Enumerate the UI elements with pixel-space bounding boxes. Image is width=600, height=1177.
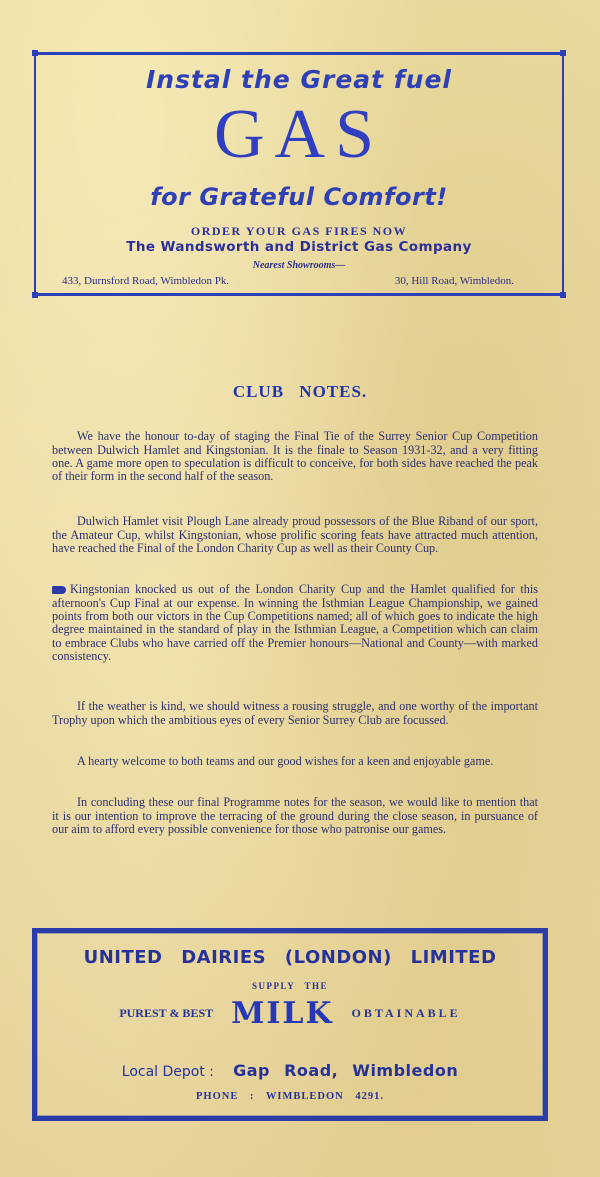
milk-phone-line: PHONE : WIMBLEDON 4291. [37, 1091, 543, 1102]
depot-label: Local Depot : [122, 1064, 214, 1080]
dairy-company-name: UNITED DAIRIES (LONDON) LIMITED [37, 947, 543, 968]
gas-headline: GAS [36, 95, 562, 175]
milk-supply-line: SUPPLY THE [37, 981, 543, 991]
corner-ornament [560, 50, 566, 56]
club-notes-title: CLUB NOTES. [0, 382, 600, 402]
corner-ornament [560, 292, 566, 298]
gas-company-name: The Wandsworth and District Gas Company [36, 239, 562, 255]
notes-paragraph: If the weather is kind, we should witnes… [52, 700, 538, 727]
gas-showrooms-label: Nearest Showrooms— [36, 260, 562, 271]
gas-order-line: ORDER YOUR GAS FIRES NOW [36, 224, 562, 239]
gas-advert: Instal the Great fuel GAS for Grateful C… [34, 52, 564, 296]
notes-paragraph: In concluding these our final Programme … [52, 796, 538, 836]
corner-ornament [32, 50, 38, 56]
milk-obtainable-label: OBTAINABLE [352, 1006, 461, 1021]
depot-address: Gap Road, Wimbledon [233, 1061, 458, 1080]
gas-address-durnsford: 433, Durnsford Road, Wimbledon Pk. [62, 275, 229, 287]
gas-tagline-bottom: for Grateful Comfort! [36, 183, 562, 211]
notes-paragraph: A hearty welcome to both teams and our g… [52, 755, 538, 768]
notes-paragraph: Dulwich Hamlet visit Plough Lane already… [52, 515, 538, 555]
notes-paragraph-text: Kingstonian knocked us out of the London… [52, 582, 538, 663]
corner-ornament [32, 292, 38, 298]
pointing-hand-icon [52, 586, 66, 594]
milk-depot-line: Local Depot : Gap Road, Wimbledon [37, 1061, 543, 1080]
milk-headline: MILK [231, 996, 333, 1031]
programme-page: Instal the Great fuel GAS for Grateful C… [0, 0, 600, 1177]
milk-advert: UNITED DAIRIES (LONDON) LIMITED SUPPLY T… [32, 928, 548, 1121]
milk-purest-label: PUREST & BEST [119, 1006, 213, 1021]
gas-tagline-top: Instal the Great fuel [36, 65, 562, 94]
notes-paragraph: We have the honour to-day of staging the… [52, 430, 538, 484]
milk-headline-row: PUREST & BEST MILK OBTAINABLE [37, 993, 543, 1033]
notes-paragraph: Kingstonian knocked us out of the London… [52, 583, 538, 663]
gas-address-hill-road: 30, Hill Road, Wimbledon. [395, 275, 514, 287]
